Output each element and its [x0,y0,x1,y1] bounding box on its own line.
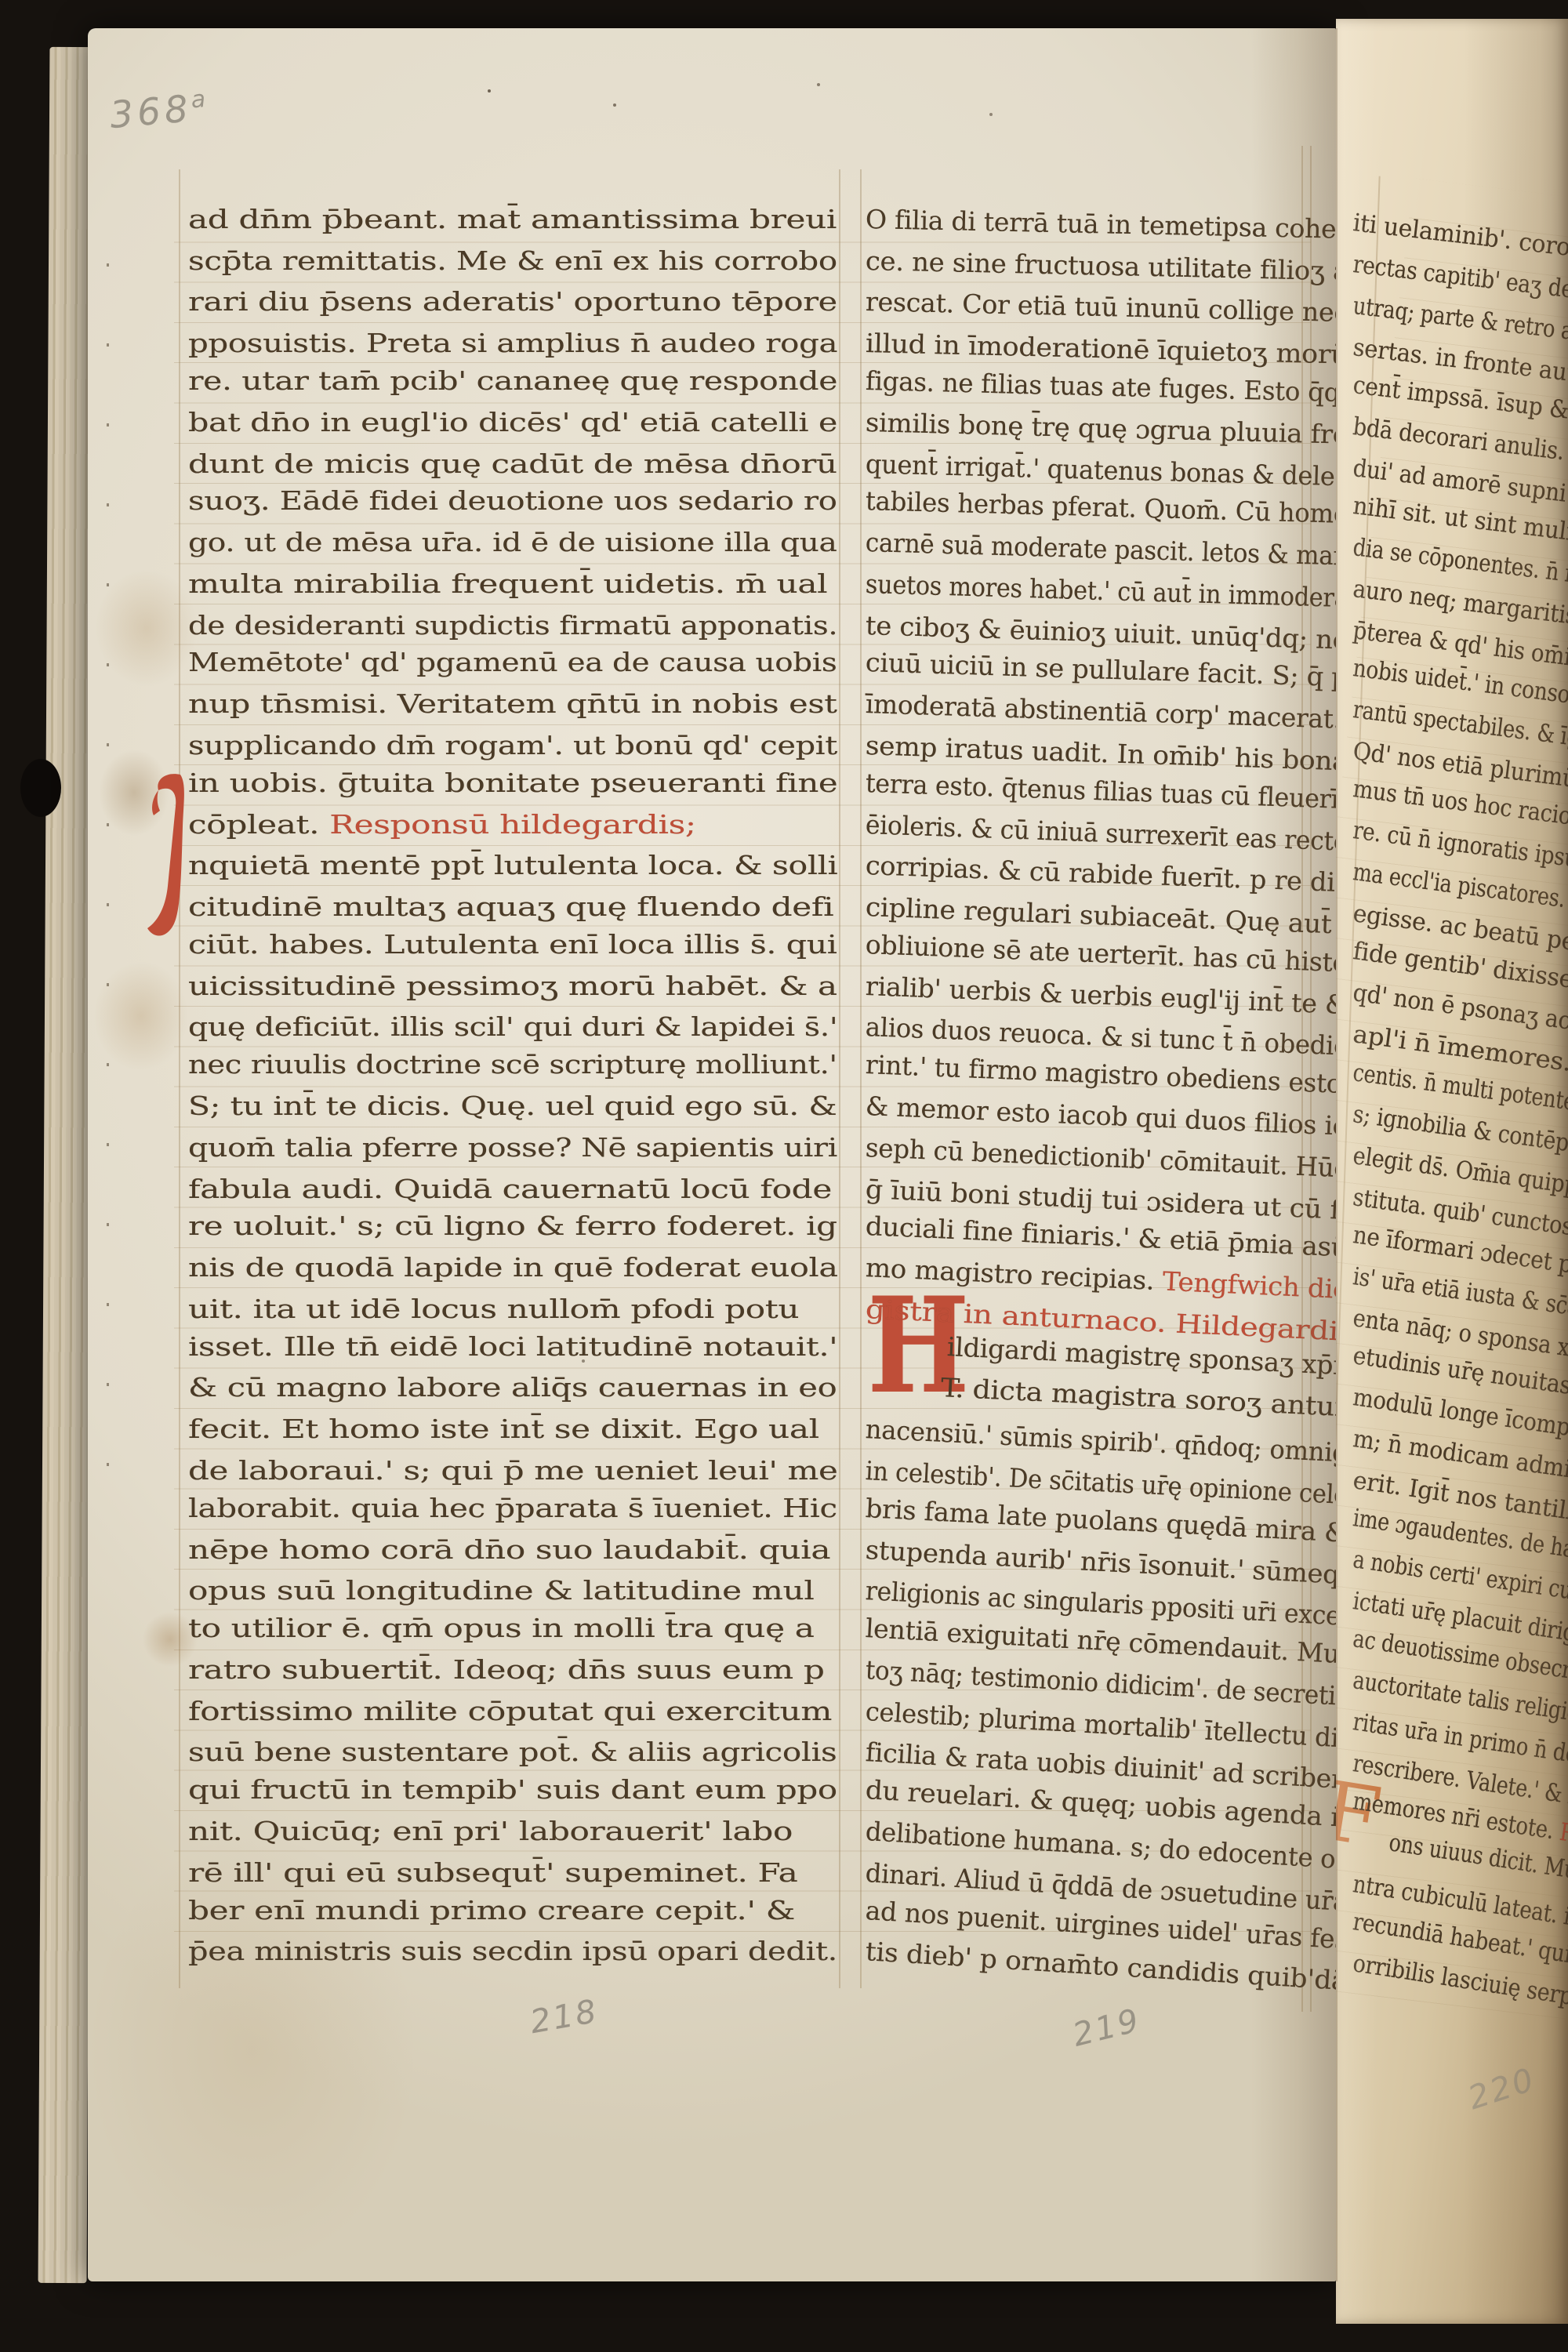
line-text: nēpe homo corā dn̄o suo laudabit̄. quia [188,1534,830,1565]
line-text: illud in īmoderationē īquietoʒ morū [866,328,1336,370]
line-text: T. dicta magistra soroʒ antur [940,1372,1336,1422]
line-text: dunt de micis quę cadūt de mēsa dn̄orū [188,448,837,479]
line-text: de desideranti supdictis firmatū apponat… [188,610,837,641]
text-line: ratro subuertit̄. Ideoq; dn̄s suus eum p [188,1654,685,1685]
line-text: to utilior ē. qm̄ opus in molli t̄ra quę… [188,1613,815,1643]
pencil-page-number-left: 218 [527,1992,601,2041]
line-text: nup tn̄smisi. Veritatem qn̄tū in nobis e… [188,688,837,719]
text-line: de laboraui.' s; qui p̄ me ueniet leui' … [188,1455,698,1486]
line-text: suoʒ. Eādē fidei deuotione uos sedario r… [188,485,837,516]
text-line: isset. Ille tn̄ eidē loci latitudinē not… [188,1331,702,1362]
text-line: nquietā mentē ppt̄ lutulenta loca. & sol… [188,850,710,880]
text-line: rē ill' qui eū subsequt̄' supeminet. Fa [188,1857,664,1888]
text-line: ēioleris. & cū iniuā surrexerīt eas rect… [865,809,1336,858]
text-line: te ciboʒ & ēuinioʒ uiuit. unūq'dq; no [865,610,1336,655]
line-text: isset. Ille tn̄ eidē loci latitudinē not… [188,1331,837,1362]
manuscript-left-page: 368a H ad dn̄m p̄beant. mat̄ amantissima… [88,28,1336,2281]
text-line: pposuistis. Preta si amplius n̄ audeo ro… [188,328,720,358]
text-line: nēpe homo corā dn̄o suo laudabit̄. quia [188,1534,690,1565]
line-text: īmoderatā abstinentiā corp' macerat.' [865,688,1336,735]
text-line: qui fructū in tempib' suis dant eum ppo [188,1774,698,1805]
text-line: rialib' uerbis & uerbis eugl'ij int̄ te … [865,971,1336,1020]
text-line: scp̄ta remittatis. Me & enī ex his corro… [188,245,719,276]
line-text: p̄ea ministris suis secdin ipsū opari de… [188,1936,837,1966]
line-text: fabula audi. Quidā cauernatū locū fode [188,1174,832,1204]
line-text: ciūt. habes. Lutulenta enī loca illis s̄… [188,929,837,960]
text-line: fabula audi. Quidā cauernatū locū fode [188,1174,691,1204]
line-text: similis bonę t̄rę quę ɔgrua pluuia fre [865,407,1336,450]
folio-number: 368 [108,87,194,137]
line-text: te ciboʒ & ēuinioʒ uiuit. unūq'dq; no [865,610,1336,655]
line-text: citudinē multaʒ aquaʒ quę fluendo defi [188,891,833,922]
folio-number-annotation: 368a [108,85,212,138]
text-line: multa mirabilia frequent̄ uidetis. m̄ ua… [188,568,688,599]
text-line: nec riuulis doctrine scē scripturę molli… [188,1049,746,1080]
text-line: nis de quodā lapide in quē foderat euola [188,1252,707,1283]
line-text: quę deficiūt. illis scil' qui duri & lap… [188,1011,837,1042]
text-line: ciuū uiciū in se pullulare facit. S; q̄ … [865,647,1336,692]
text-line: rescat. Cor etiā tuū inunū collige nec [866,286,1336,328]
text-line: supplicando dm̄ rogam'. ut bonū qd' cepi… [188,730,725,760]
line-text: figas. ne filias tuas ate fuges. Esto q̄… [866,365,1336,408]
text-line: tabiles herbas pferat. Quom̄. Cū homo [865,485,1336,529]
text-line: nit. Quicūq; enī pri' laborauerit' labo [188,1816,660,1846]
text-line: fortissimo milite cōputat qui exercitum [188,1696,691,1726]
line-text: opus suū longitudine & latitudine mul [188,1575,814,1606]
line-text: tabiles herbas pferat. Quom̄. Cū homo [865,485,1336,529]
rubric-text: Tengfwich dic [1162,1266,1336,1305]
text-line: T. dicta magistra soroʒ antur [940,1372,1313,1421]
pencil-page-number-right: 220 [1464,2060,1541,2118]
text-line: cōpleat. Responsū hildegardis; [188,809,585,840]
text-line: terra esto. q̄tenus filias tuas cū fleue… [865,768,1336,815]
line-text: in uobis. ḡtuita bonitate pseueranti fin… [188,768,837,798]
line-text: ratro subuertit̄. Ideoq; dn̄s suus eum p [188,1654,825,1685]
line-text: corripias. & cū rabide fuerīt. p re dis [865,850,1336,898]
line-text: fortissimo milite cōputat qui exercitum [188,1696,832,1726]
line-text: & memor esto iacob qui duos filios io [865,1091,1336,1142]
line-text: rari diu p̄sens aderatis' oportuno tēpor… [188,286,837,317]
line-text: ce. ne sine fructuosa utilitate filioʒ a [866,245,1336,286]
line-text: uit. ita ut idē locus nullom̄ pfodi potu [188,1294,799,1324]
text-line: illud in īmoderationē īquietoʒ morū [866,328,1323,369]
line-text: quom̄ talia pferre posse? Nē sapientis u… [188,1132,837,1163]
text-line: fecit. Et homo iste int̄ se dixit. Ego u… [188,1414,681,1444]
text-line: & cū magno labore aliq̄s cauernas in eo [188,1372,701,1403]
line-text: rialib' uerbis & uerbis eugl'ij int̄ te … [865,971,1336,1020]
line-text: uicissitudinē pessimoʒ morū habēt. & a [188,971,837,1001]
text-line: dunt de micis quę cadūt de mēsa dn̄orū [188,448,699,479]
line-text: pposuistis. Preta si amplius n̄ audeo ro… [188,328,837,358]
text-line: laborabit. quia hec p̄parata s̄ īueniet.… [188,1493,718,1523]
pricking-marks [107,263,109,1534]
text-line: O filia di terrā tuā in temetipsa coher [866,204,1336,245]
text-line: bat dn̄o in eugl'io dicēs' qd' etiā cate… [188,407,708,437]
line-text: & cū magno labore aliq̄s cauernas in eo [188,1372,837,1403]
line-text: nquietā mentē ppt̄ lutulenta loca. & sol… [188,850,837,880]
line-text: Memētote' qd' pgamenū ea de causa uobis [188,647,837,677]
column-rule [179,169,180,1988]
text-line: opus suū longitudine & latitudine mul [188,1575,677,1606]
line-text: re. utar tam̄ pcib' cananeę quę responde [188,365,837,396]
line-text: nec riuulis doctrine scē scripturę molli… [188,1049,837,1080]
column-rule [839,169,840,1988]
text-line: īmoderatā abstinentiā corp' macerat.' [865,688,1336,735]
text-line: uit. ita ut idē locus nullom̄ pfodi potu [188,1294,666,1324]
text-line: to utilior ē. qm̄ opus in molli t̄ra quę… [188,1613,677,1643]
text-line: quom̄ talia pferre posse? Nē sapientis u… [188,1132,729,1163]
text-line: suoʒ. Eādē fidei deuotione uos sedario r… [188,485,721,516]
rubric-text: Responsū hildegardis; [329,809,696,840]
line-text: cōpleat. [188,809,329,840]
line-text: fecit. Et homo iste int̄ se dixit. Ego u… [188,1414,819,1444]
pencil-page-number-middle: 219 [1069,2001,1144,2054]
line-text: scp̄ta remittatis. Me & enī ex his corro… [188,245,837,276]
text-line: carnē suā moderate pascit. letos & man [865,527,1336,572]
line-text: ēioleris. & cū iniuā surrexerīt eas rect… [865,809,1336,857]
line-text: suū bene sustentare pot̄. & aliis agrico… [188,1737,837,1767]
text-line: rari diu p̄sens aderatis' oportuno tēpor… [188,286,704,317]
text-line: semp iratus uadit. In om̄ib' his bona [865,730,1330,776]
line-text: re uoluit.' s; cū ligno & ferro foderet.… [188,1210,837,1241]
line-text: nit. Quicūq; enī pri' laborauerit' labo [188,1816,793,1846]
text-line: suetos mores habet.' cū aut̄ in immodera [865,568,1336,615]
line-text: go. ut de mēsa ur̄a. id ē de uisione ill… [188,527,837,557]
line-text: rescat. Cor etiā tuū inunū collige nec [866,286,1336,328]
text-line: quę deficiūt. illis scil' qui duri & lap… [188,1011,732,1042]
line-text: ciuū uiciū in se pullulare facit. S; q̄ … [865,647,1336,692]
line-text: nis de quodā lapide in quē foderat euola [188,1252,838,1283]
manuscript-right-page: F iti uelaminib'. coronasrectas capitib'… [1336,19,1568,2324]
parchment-stain [96,569,198,687]
text-line: in uobis. ḡtuita bonitate pseueranti fin… [188,768,699,798]
text-line: corripias. & cū rabide fuerīt. p re dis [865,850,1336,898]
line-text: seph cū benedictionib' cōmitauit. Hūc [865,1132,1336,1183]
page-edge-notch [20,759,61,817]
text-line: citudinē multaʒ aquaʒ quę fluendo defi [188,891,692,922]
text-line: ce. ne sine fructuosa utilitate filioʒ a [866,245,1336,286]
text-line: re. utar tam̄ pcib' cananeę quę responde [188,365,712,396]
line-text: bat dn̄o in eugl'io dicēs' qd' etiā cate… [188,407,837,437]
text-line: & memor esto iacob qui duos filios io [865,1091,1336,1142]
text-line: figas. ne filias tuas ate fuges. Esto q̄… [866,365,1336,408]
text-line: p̄ea ministris suis secdin ipsū opari de… [188,1936,724,1966]
line-text: supplicando dm̄ rogam'. ut bonū qd' cepi… [188,730,837,760]
text-line: quent̄ irrigat̄.' quatenus bonas & delec [865,448,1336,492]
line-text: qui fructū in tempib' suis dant eum ppo [188,1774,837,1805]
text-line: ad dn̄m p̄beant. mat̄ amantissima breui [188,204,695,234]
text-line: seph cū benedictionib' cōmitauit. Hūc [865,1132,1336,1184]
line-text: rē ill' qui eū subsequt̄' supeminet. Fa [188,1857,797,1888]
text-line: similis bonę t̄rę quę ɔgrua pluuia fre [865,407,1336,449]
text-line: Memētote' qd' pgamenū ea de causa uobis [188,647,739,677]
line-text: ad dn̄m p̄beant. mat̄ amantissima breui [188,204,837,234]
text-line: re uoluit.' s; cū ligno & ferro foderet.… [188,1210,698,1241]
text-line: nup tn̄smisi. Veritatem qn̄tū in nobis e… [188,688,704,719]
line-text: carnē suā moderate pascit. letos & man [865,527,1336,572]
text-line: de desideranti supdictis firmatū apponat… [188,610,742,641]
text-line: S; tu int̄ te dicis. Quę. uel quid ego s… [188,1091,713,1121]
text-line: suū bene sustentare pot̄. & aliis agrico… [188,1737,717,1767]
folio-number-superscript: a [190,85,210,114]
line-text: S; tu int̄ te dicis. Quę. uel quid ego s… [188,1091,837,1121]
text-line: uicissitudinē pessimoʒ morū habēt. & a [188,971,699,1001]
line-text: terra esto. q̄tenus filias tuas cū fleue… [865,768,1336,815]
line-text: O filia di terrā tuā in temetipsa coher [866,204,1336,245]
line-text: quent̄ irrigat̄.' quatenus bonas & delec [865,448,1336,492]
line-text: de laboraui.' s; qui p̄ me ueniet leui' … [188,1455,838,1486]
line-text: laborabit. quia hec p̄parata s̄ īueniet.… [188,1493,837,1523]
text-line: ciūt. habes. Lutulenta enī loca illis s̄… [188,929,710,960]
line-text: ber enī mundi primo creare cepit.' & [188,1895,795,1926]
column-rule [860,169,862,1988]
manuscript-photo: 368a H ad dn̄m p̄beant. mat̄ amantissima… [0,0,1568,2352]
line-text: suetos mores habet.' cū aut̄ in immodera [865,568,1336,613]
ink-specks [488,89,491,93]
line-text: multa mirabilia frequent̄ uidetis. m̄ ua… [188,568,827,599]
text-line: ber enī mundi primo creare cepit.' & [188,1895,662,1926]
text-line: go. ut de mēsa ur̄a. id ē de uisione ill… [188,527,735,557]
